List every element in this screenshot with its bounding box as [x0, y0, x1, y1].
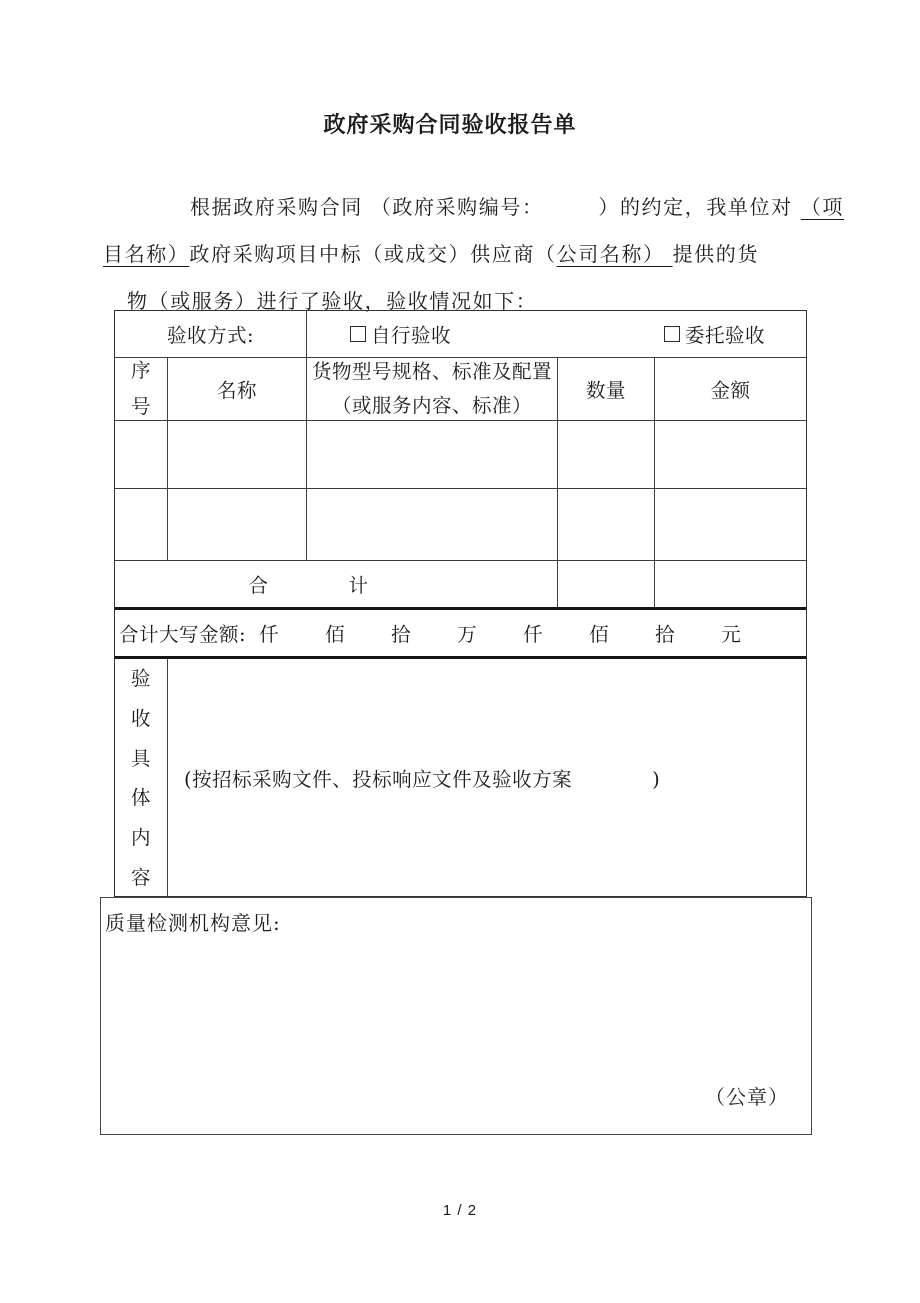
- unit-thousand: 仟: [259, 619, 279, 647]
- empty-cell: [558, 561, 655, 607]
- empty-cell: [307, 421, 558, 488]
- column-header-spec-line1: 货物型号规格、标准及配置: [312, 355, 552, 389]
- official-seal-placeholder: （公章）: [705, 1081, 789, 1110]
- intro-line2-text: 政府采购项目中标（或成交）供应商（: [189, 242, 556, 266]
- quality-inspection-label: 质量检测机构意见:: [105, 907, 281, 936]
- blank-company-name: 公司名称）: [557, 242, 673, 266]
- quality-inspection-box: 质量检测机构意见: （公章）: [100, 897, 812, 1135]
- intro-line2-tail: 提供的货: [673, 242, 759, 266]
- column-header-spec: 货物型号规格、标准及配置 （或服务内容、标准）: [307, 358, 558, 420]
- table-header-row: 序号 名称 货物型号规格、标准及配置 （或服务内容、标准） 数量 金额: [115, 358, 806, 421]
- column-header-seq: 序号: [115, 358, 168, 420]
- option-label-entrusted: 委托验收: [685, 320, 765, 348]
- acceptance-method-row: 验收方式: 自行验收 委托验收: [115, 311, 806, 358]
- acceptance-method-options: 自行验收 委托验收: [307, 311, 806, 357]
- page-number: 1 / 2: [0, 1202, 920, 1219]
- acceptance-content-note: (按招标采购文件、投标响应文件及验收方案 ): [168, 659, 806, 898]
- unit-hundred: 佰: [325, 619, 345, 647]
- empty-cell: [168, 421, 307, 488]
- empty-cell: [558, 421, 655, 488]
- intro-line1-text: 根据政府采购合同 （政府采购编号： ）的约定，我单位对: [190, 195, 801, 219]
- page-title: 政府采购合同验收报告单: [0, 108, 900, 139]
- intro-line-2: 目名称）政府采购项目中标（或成交）供应商（公司名称） 提供的货: [103, 238, 759, 267]
- option-label-self: 自行验收: [371, 320, 451, 348]
- acceptance-method-label: 验收方式:: [115, 311, 307, 357]
- column-header-name: 名称: [168, 358, 307, 420]
- checkbox-self-acceptance[interactable]: 自行验收: [350, 320, 451, 348]
- empty-cell: [307, 489, 558, 560]
- column-header-spec-line2: （或服务内容、标准）: [332, 389, 532, 423]
- total-row: 合 计: [115, 561, 806, 610]
- table-data-row: [115, 421, 806, 489]
- acceptance-table: 验收方式: 自行验收 委托验收 序号 名称 货物型号规格、标准及配置 （或服务内…: [114, 310, 807, 897]
- acceptance-content-row: 验收具体内容 (按招标采购文件、投标响应文件及验收方案 ): [115, 659, 806, 898]
- empty-cell: [558, 489, 655, 560]
- unit-tenthousand: 万: [457, 619, 477, 647]
- empty-cell: [115, 421, 168, 488]
- empty-cell: [655, 489, 806, 560]
- empty-cell: [655, 421, 806, 488]
- amount-in-words-row: 合计大写金额: 仟 佰 拾 万 仟 佰 拾 元: [115, 610, 806, 659]
- checkbox-entrusted-acceptance[interactable]: 委托验收: [664, 320, 765, 348]
- unit-thousand: 仟: [523, 619, 543, 647]
- acceptance-content-side-label: 验收具体内容: [115, 659, 168, 898]
- acceptance-content-side-label-text: 验收具体内容: [130, 659, 152, 898]
- amount-in-words-label: 合计大写金额:: [119, 619, 246, 647]
- unit-ten: 拾: [391, 619, 411, 647]
- table-data-row: [115, 489, 806, 561]
- unit-ten: 拾: [655, 619, 675, 647]
- column-header-seq-text: 序号: [130, 353, 152, 425]
- blank-project-name-start: （项: [801, 195, 844, 219]
- unit-yuan: 元: [721, 619, 741, 647]
- total-label: 合 计: [115, 561, 558, 607]
- document-page: 政府采购合同验收报告单 根据政府采购合同 （政府采购编号： ）的约定，我单位对 …: [0, 0, 920, 1303]
- empty-cell: [655, 561, 806, 607]
- column-header-amount: 金额: [655, 358, 806, 420]
- intro-line-1: 根据政府采购合同 （政府采购编号： ）的约定，我单位对 （项: [190, 191, 844, 220]
- empty-cell: [168, 489, 307, 560]
- blank-project-name-end: 目名称）: [103, 242, 189, 266]
- amount-in-words-units: 仟 佰 拾 万 仟 佰 拾 元: [259, 619, 787, 647]
- unit-hundred: 佰: [589, 619, 609, 647]
- empty-cell: [115, 489, 168, 560]
- checkbox-icon[interactable]: [664, 326, 680, 342]
- column-header-qty: 数量: [558, 358, 655, 420]
- checkbox-icon[interactable]: [350, 326, 366, 342]
